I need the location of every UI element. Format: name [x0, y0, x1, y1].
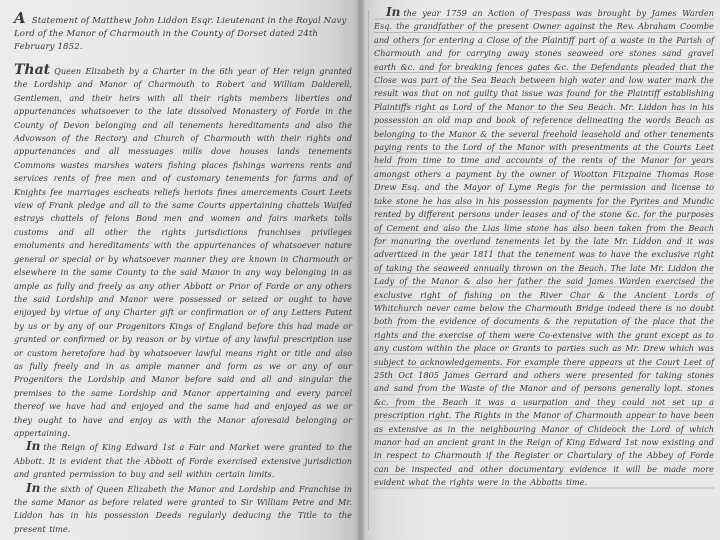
- paragraph-lead: In: [386, 5, 400, 19]
- paragraph-trespass-action: Inthe year 1759 an Action of Trespass wa…: [374, 6, 714, 490]
- paragraph-text: the sixth of Queen Elizabeth the Manor a…: [14, 484, 352, 534]
- margin-rule: [368, 10, 369, 530]
- paragraph-lead: In: [26, 439, 40, 453]
- statement-title: AStatement of Matthew John Liddon Esqr. …: [14, 12, 352, 54]
- left-page: AStatement of Matthew John Liddon Esqr. …: [0, 0, 360, 540]
- paragraph-charter: ThatQueen Elizabeth by a Charter in the …: [14, 64, 352, 440]
- paragraph-edward-fair: Inthe Reign of King Edward 1st a Fair an…: [14, 440, 352, 481]
- paragraph-text: the year 1759 an Action of Trespass was …: [374, 8, 714, 487]
- paragraph-lead: That: [14, 62, 50, 78]
- right-page: Inthe year 1759 an Action of Trespass wa…: [360, 0, 720, 540]
- paragraph-elizabeth-grant: Inthe sixth of Queen Elizabeth the Manor…: [14, 482, 352, 537]
- title-initial: A: [14, 9, 26, 27]
- manuscript-spread: AStatement of Matthew John Liddon Esqr. …: [0, 0, 720, 540]
- paragraph-lead: In: [26, 481, 40, 495]
- paragraph-text: the Reign of King Edward 1st a Fair and …: [14, 442, 352, 479]
- paragraph-text: Queen Elizabeth by a Charter in the 6th …: [14, 66, 352, 438]
- title-text: Statement of Matthew John Liddon Esqr. L…: [14, 16, 346, 52]
